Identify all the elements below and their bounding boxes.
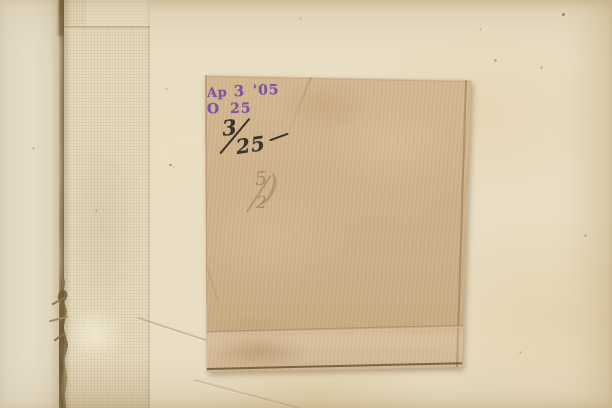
date-stamp-day: 3 bbox=[234, 82, 245, 100]
date-stamp-month: Ap bbox=[207, 85, 228, 101]
pocket-crease bbox=[286, 77, 311, 137]
purple-ink-speck bbox=[169, 164, 172, 166]
pocket-left-edge bbox=[205, 75, 207, 372]
library-pocket-paper: Ap 3 '05 O 25 3 25 5 2 ) bbox=[200, 68, 476, 378]
fraction-flourish-stroke bbox=[269, 133, 288, 142]
frayed-binding-tear bbox=[48, 274, 82, 408]
cloth-top-seam bbox=[64, 26, 152, 30]
pocket-crease bbox=[199, 244, 219, 302]
date-stamp: Ap 3 '05 bbox=[207, 80, 280, 100]
library-pocket: Ap 3 '05 O 25 3 25 5 2 ) bbox=[200, 68, 476, 378]
handwritten-fraction-denominator: 25 bbox=[234, 131, 267, 159]
date-stamp-year: '05 bbox=[253, 82, 280, 99]
cloth-top-patch bbox=[86, 0, 150, 26]
book-endpaper-photo: Ap 3 '05 O 25 3 25 5 2 ) bbox=[0, 0, 612, 408]
paper-speckles bbox=[0, 0, 1, 1]
pocket-fold-stain bbox=[212, 340, 307, 364]
